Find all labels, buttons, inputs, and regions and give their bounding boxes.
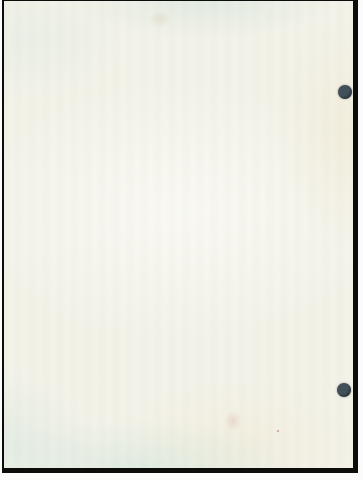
hole-punch-bottom xyxy=(337,383,351,397)
stain-top-smudge xyxy=(145,8,175,30)
hole-punch-top xyxy=(338,85,352,99)
scan-stage xyxy=(0,0,363,480)
paper-sheet xyxy=(4,1,353,468)
stain-pink-stain xyxy=(222,407,244,435)
stain-red-dot xyxy=(276,429,280,433)
scan-frame xyxy=(2,0,358,473)
